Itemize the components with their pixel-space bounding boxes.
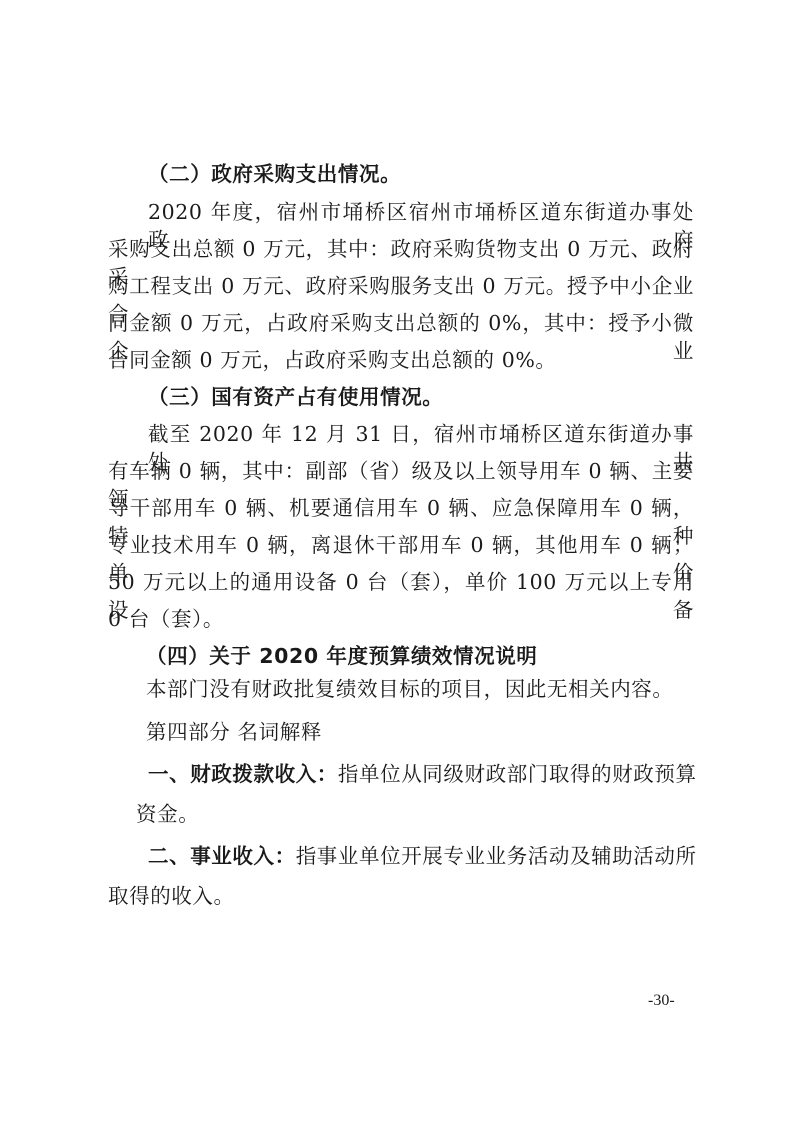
paragraph-line: 资金。	[136, 800, 722, 828]
glossary-term: 二、事业收入：	[148, 844, 296, 868]
section-heading-procurement: （二）政府采购支出情况。	[148, 160, 694, 188]
section-heading-performance: （四）关于 2020 年度预算绩效情况说明	[146, 642, 732, 670]
paragraph-line: 本部门没有财政批复绩效目标的项目，因此无相关内容。	[146, 675, 732, 703]
part-heading-glossary: 第四部分 名词解释	[146, 718, 732, 746]
paragraph-line: 取得的收入。	[108, 882, 694, 910]
page-number: -30-	[648, 992, 675, 1010]
glossary-item: 一、财政拨款收入：指单位从同级财政部门取得的财政预算	[148, 760, 694, 788]
glossary-item: 二、事业收入：指事业单位开展专业业务活动及辅助活动所	[148, 842, 694, 870]
glossary-definition: 指单位从同级财政部门取得的财政预算	[338, 762, 697, 786]
section-heading-assets: （三）国有资产占有使用情况。	[148, 383, 694, 411]
paragraph-line: 合同金额 0 万元，占政府采购支出总额的 0%。	[108, 346, 694, 374]
glossary-term: 一、财政拨款收入：	[148, 762, 338, 786]
glossary-definition: 指事业单位开展专业业务活动及辅助活动所	[296, 844, 697, 868]
paragraph-line: 0 台（套）。	[108, 605, 694, 633]
